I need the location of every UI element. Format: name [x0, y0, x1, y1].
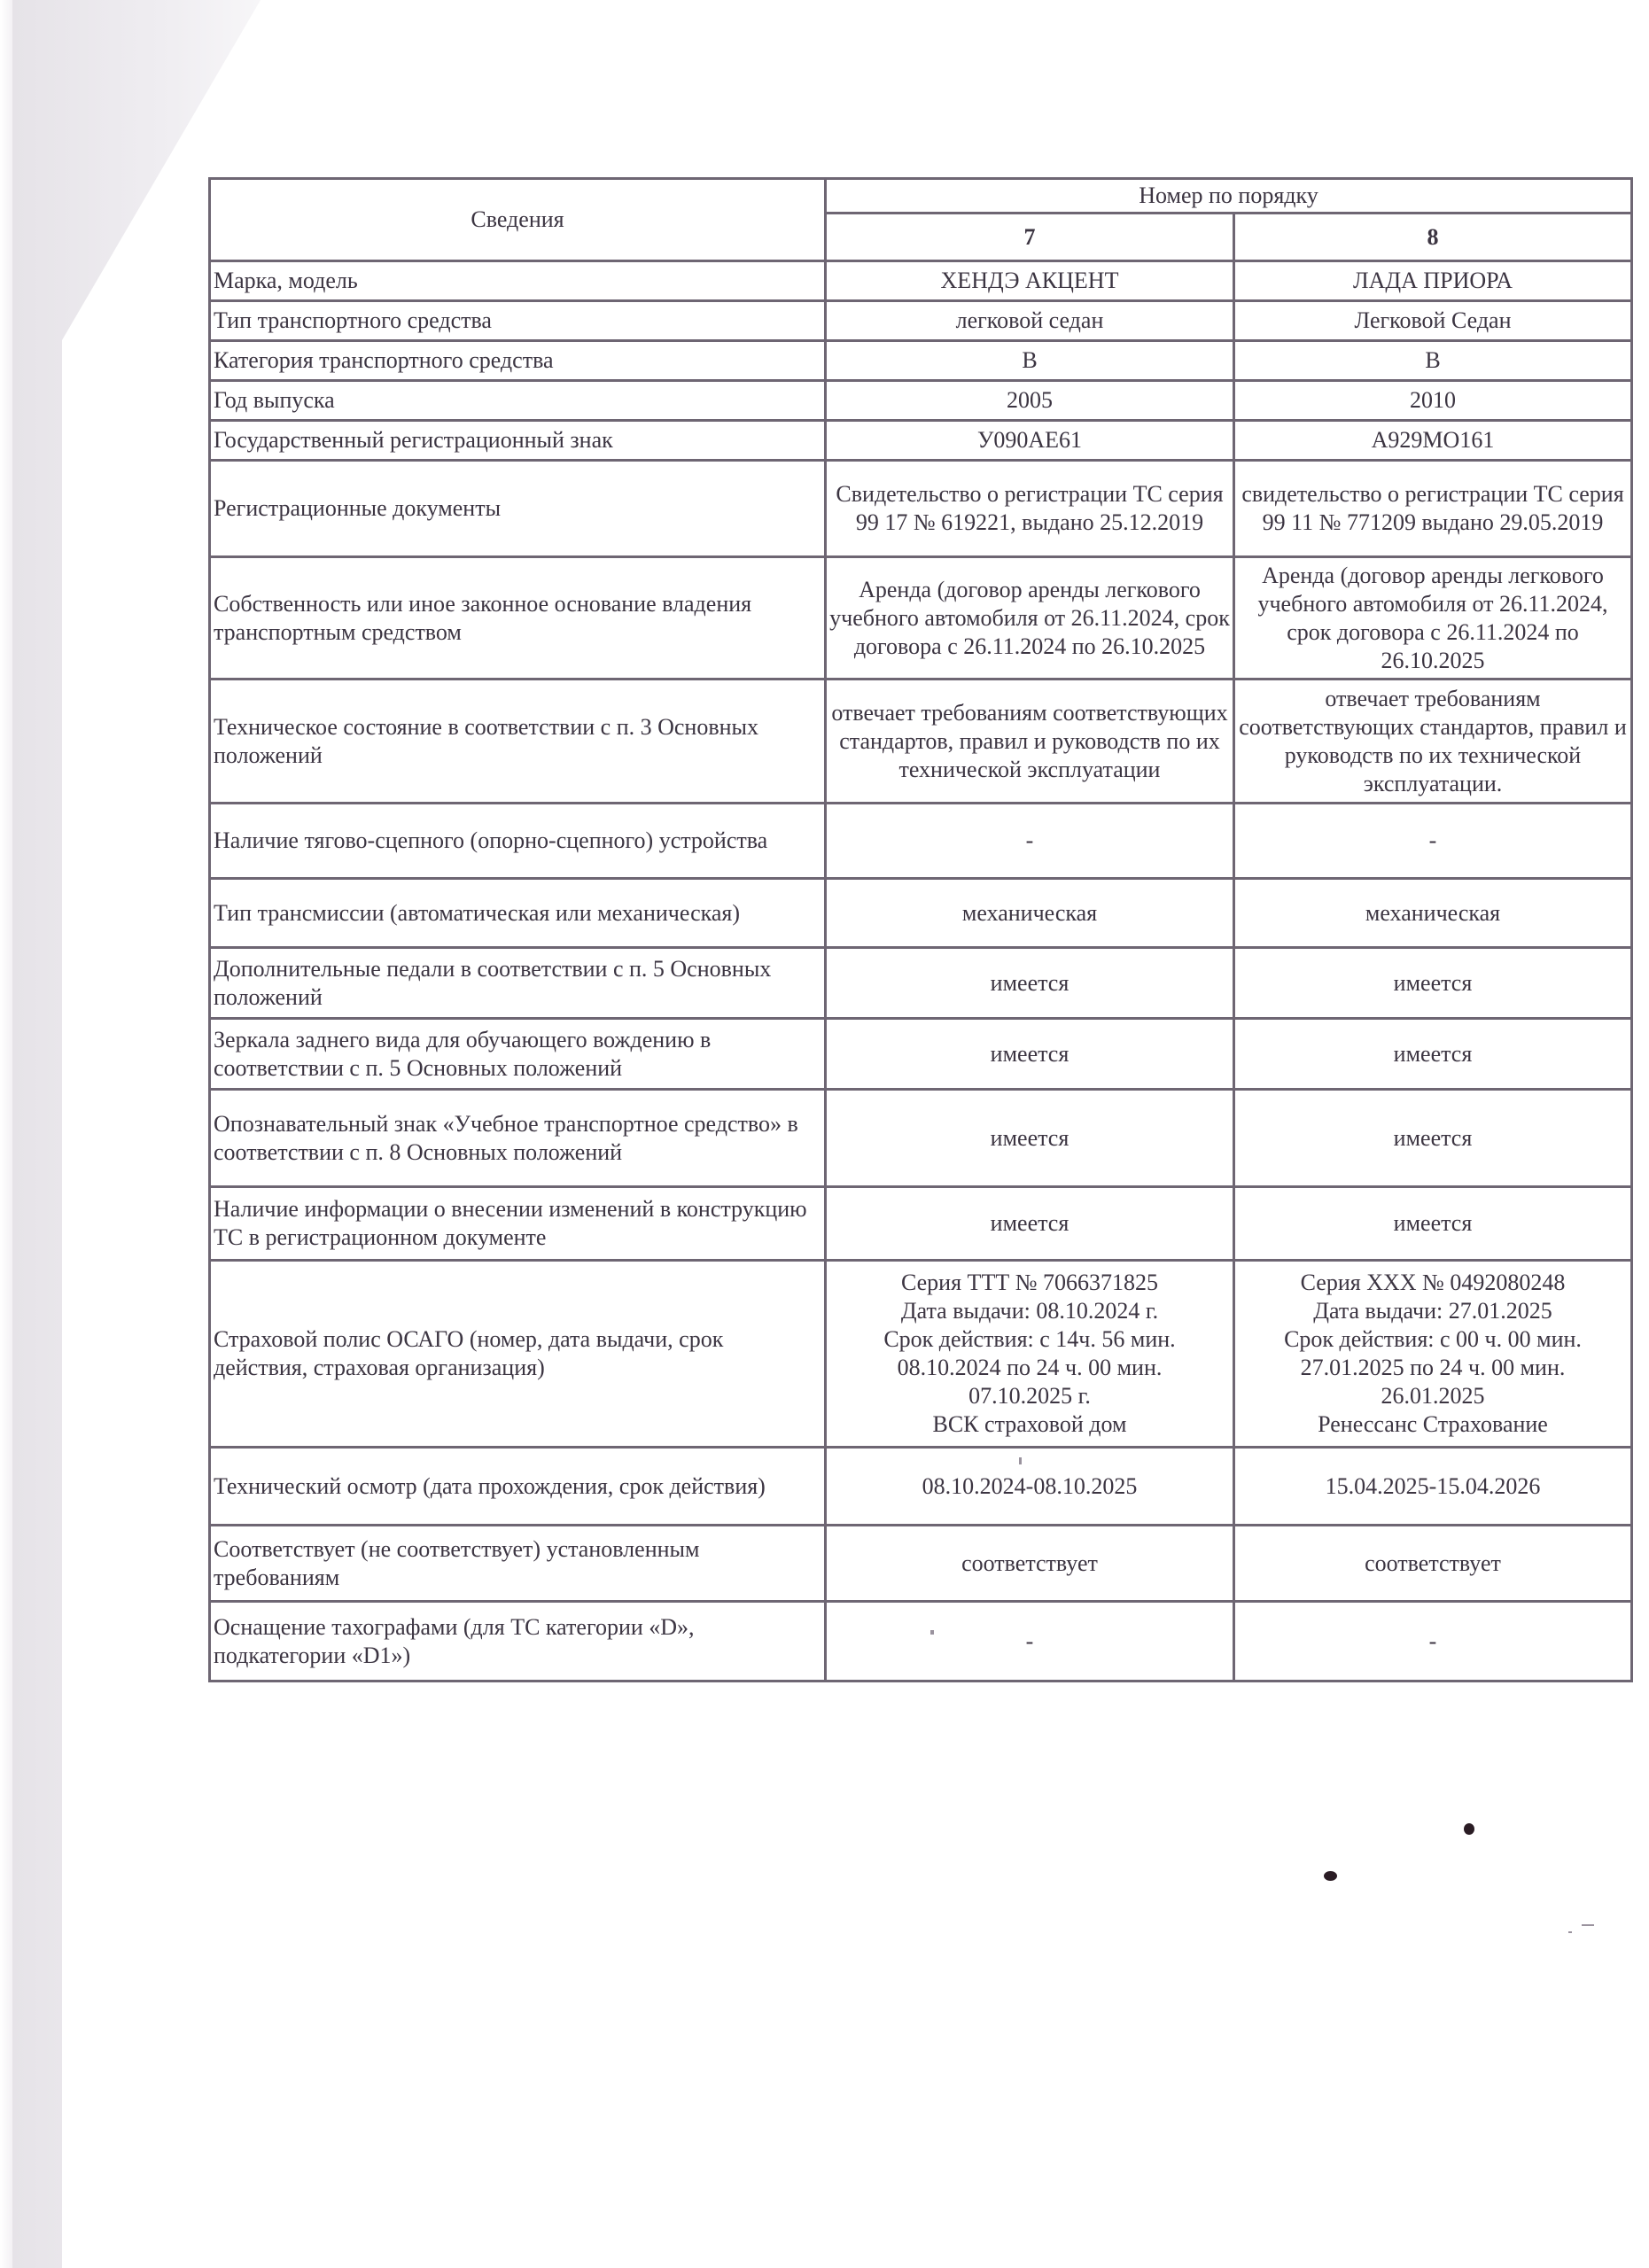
value-vehicle-8: соответствует: [1234, 1526, 1632, 1602]
table-row: Соответствует (не соответствует) установ…: [210, 1526, 1632, 1602]
value-vehicle-7: Серия ТТТ № 7066371825 Дата выдачи: 08.1…: [826, 1261, 1234, 1448]
vehicle-info-table: Сведения Номер по порядку 7 8 Марка, мод…: [208, 177, 1633, 1682]
row-label: Техническое состояние в соответствии с п…: [210, 680, 826, 804]
row-label: Оснащение тахографами (для ТС категории …: [210, 1602, 826, 1682]
row-label: Дополнительные педали в соответствии с п…: [210, 948, 826, 1019]
value-vehicle-7: 2005: [826, 381, 1234, 421]
table-row: Наличие информации о внесении изменений …: [210, 1187, 1632, 1261]
row-label: Собственность или иное законное основани…: [210, 557, 826, 680]
value-vehicle-8: -: [1234, 804, 1632, 879]
table-row: Тип трансмиссии (автоматическая или меха…: [210, 879, 1632, 948]
header-column-8: 8: [1234, 214, 1632, 261]
scan-speck: [1324, 1871, 1337, 1881]
value-vehicle-7: отвечает требованиям соответствующих ста…: [826, 680, 1234, 804]
table-row: Опознавательный знак «Учебное транспортн…: [210, 1090, 1632, 1187]
value-vehicle-8: -: [1234, 1602, 1632, 1682]
row-label: Наличие тягово-сцепного (опорно-сцепного…: [210, 804, 826, 879]
value-vehicle-7: легковой седан: [826, 301, 1234, 341]
value-vehicle-7: 08.10.2024-08.10.2025: [826, 1448, 1234, 1526]
row-label: Наличие информации о внесении изменений …: [210, 1187, 826, 1261]
table-row: Год выпуска20052010: [210, 381, 1632, 421]
value-vehicle-7: -: [826, 804, 1234, 879]
row-label: Опознавательный знак «Учебное транспортн…: [210, 1090, 826, 1187]
table-row: Технический осмотр (дата прохождения, ср…: [210, 1448, 1632, 1526]
header-column-7: 7: [826, 214, 1234, 261]
header-order-label: Номер по порядку: [826, 179, 1632, 214]
value-vehicle-8: механическая: [1234, 879, 1632, 948]
value-vehicle-8: 2010: [1234, 381, 1632, 421]
value-vehicle-8: Аренда (договор аренды легкового учебног…: [1234, 557, 1632, 680]
row-label: Технический осмотр (дата прохождения, ср…: [210, 1448, 826, 1526]
value-vehicle-8: имеется: [1234, 1090, 1632, 1187]
scan-dust: [1582, 1924, 1594, 1926]
value-vehicle-8: имеется: [1234, 1019, 1632, 1090]
table-row: Наличие тягово-сцепного (опорно-сцепного…: [210, 804, 1632, 879]
scan-dust: [1568, 1931, 1572, 1933]
table-row: Тип транспортного средствалегковой седан…: [210, 301, 1632, 341]
table-row: Собственность или иное законное основани…: [210, 557, 1632, 680]
scan-dust: [930, 1630, 934, 1635]
value-vehicle-8: свидетельство о регистрации ТС серия 99 …: [1234, 461, 1632, 557]
value-vehicle-8: имеется: [1234, 948, 1632, 1019]
value-vehicle-8: 15.04.2025-15.04.2026: [1234, 1448, 1632, 1526]
value-vehicle-7: ХЕНДЭ АКЦЕНТ: [826, 261, 1234, 301]
row-label: Соответствует (не соответствует) установ…: [210, 1526, 826, 1602]
value-vehicle-7: B: [826, 341, 1234, 381]
table-row: Регистрационные документыСвидетельство о…: [210, 461, 1632, 557]
value-vehicle-7: имеется: [826, 1019, 1234, 1090]
value-vehicle-7: Свидетельство о регистрации ТС серия 99 …: [826, 461, 1234, 557]
value-vehicle-7: имеется: [826, 1187, 1234, 1261]
table-row: Зеркала заднего вида для обучающего вожд…: [210, 1019, 1632, 1090]
row-label: Тип трансмиссии (автоматическая или меха…: [210, 879, 826, 948]
value-vehicle-8: отвечает требованиям соответствующих ста…: [1234, 680, 1632, 804]
value-vehicle-7: У090АЕ61: [826, 421, 1234, 461]
header-info-label: Сведения: [210, 179, 826, 261]
row-label: Марка, модель: [210, 261, 826, 301]
value-vehicle-7: соответствует: [826, 1526, 1234, 1602]
row-label: Тип транспортного средства: [210, 301, 826, 341]
table-row: Оснащение тахографами (для ТС категории …: [210, 1602, 1632, 1682]
value-vehicle-8: имеется: [1234, 1187, 1632, 1261]
table-row: Государственный регистрационный знакУ090…: [210, 421, 1632, 461]
scan-dust: [1019, 1457, 1022, 1464]
value-vehicle-7: имеется: [826, 1090, 1234, 1187]
value-vehicle-7: -: [826, 1602, 1234, 1682]
row-label: Год выпуска: [210, 381, 826, 421]
value-vehicle-7: механическая: [826, 879, 1234, 948]
table-row: Марка, модельХЕНДЭ АКЦЕНТЛАДА ПРИОРА: [210, 261, 1632, 301]
table-row: Категория транспортного средстваBB: [210, 341, 1632, 381]
header-row: Сведения Номер по порядку: [210, 179, 1632, 214]
value-vehicle-8: ЛАДА ПРИОРА: [1234, 261, 1632, 301]
value-vehicle-8: Серия ХХХ № 0492080248 Дата выдачи: 27.0…: [1234, 1261, 1632, 1448]
row-label: Государственный регистрационный знак: [210, 421, 826, 461]
row-label: Зеркала заднего вида для обучающего вожд…: [210, 1019, 826, 1090]
value-vehicle-8: А929МО161: [1234, 421, 1632, 461]
table-row: Страховой полис ОСАГО (номер, дата выдач…: [210, 1261, 1632, 1448]
row-label: Страховой полис ОСАГО (номер, дата выдач…: [210, 1261, 826, 1448]
table-row: Дополнительные педали в соответствии с п…: [210, 948, 1632, 1019]
row-label: Категория транспортного средства: [210, 341, 826, 381]
value-vehicle-7: Аренда (договор аренды легкового учебног…: [826, 557, 1234, 680]
value-vehicle-7: имеется: [826, 948, 1234, 1019]
table-row: Техническое состояние в соответствии с п…: [210, 680, 1632, 804]
row-label: Регистрационные документы: [210, 461, 826, 557]
scan-speck: [1464, 1823, 1474, 1835]
value-vehicle-8: B: [1234, 341, 1632, 381]
value-vehicle-8: Легковой Седан: [1234, 301, 1632, 341]
